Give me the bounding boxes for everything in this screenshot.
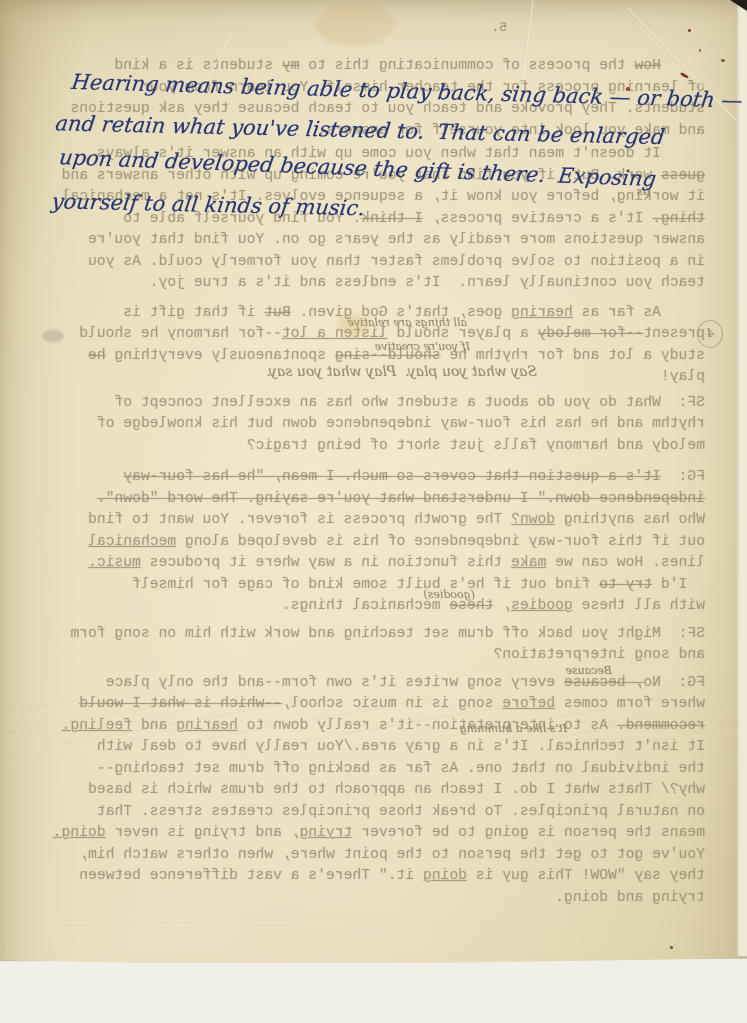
typed-paragraph: SF: Might you back off drum set teaching… (33, 624, 705, 667)
typed-line: means the person is going to be forever … (33, 823, 705, 845)
smudge (42, 330, 64, 342)
pencil-annotation: Because (565, 664, 612, 677)
typed-line: lines. How can we make this function in … (33, 553, 705, 575)
pencil-annotation: all things are relative (347, 316, 467, 329)
typed-line: in a position to solve problems faster t… (33, 252, 705, 274)
typed-line: It isn't technical. It's in a gray area.… (33, 737, 705, 759)
pencil-annotation: (goodies) (423, 588, 475, 601)
typed-line: FG: No, because every song writes it's o… (33, 673, 705, 695)
typed-line: SF: Might you back off drum set teaching… (33, 624, 705, 646)
stain (338, 314, 368, 336)
pencil-annotation: If you're creative (375, 340, 470, 353)
pencil-annotation: Say what you play. Play what you say. (266, 364, 537, 380)
handwritten-note: Hearing means being able to play back, s… (0, 64, 747, 81)
handwritten-line: Hearing means being able to play back, s… (70, 70, 744, 113)
typed-line: melody and harmony falls just short of b… (33, 436, 705, 458)
typed-line: Who has anything down? The growth proces… (33, 510, 705, 532)
typed-line: rhythm and he has his four-way independe… (33, 414, 705, 436)
ink-speck (721, 59, 725, 62)
typed-line: answer questions more readily as the yea… (33, 230, 705, 252)
ink-speck (699, 49, 701, 52)
typed-line: on natural principles. To break those pr… (33, 802, 705, 824)
ink-speck (688, 29, 691, 32)
typed-line: they say "WOW! This guy is doing it." Th… (33, 866, 705, 888)
typed-line: FG: It's a question that covers so much.… (33, 467, 705, 489)
typed-line: the individual on that one. As far as ba… (33, 759, 705, 781)
typed-line: trying and doing. (33, 888, 705, 910)
pencil-annotation: It's like a humming (460, 722, 567, 735)
crease-mark (626, 6, 747, 138)
handwritten-line: upon and developed because the gift is t… (58, 145, 658, 191)
stain (316, 4, 394, 46)
crease-mark (520, 0, 535, 94)
typed-line: study a lot and for rhythm he should--si… (33, 346, 705, 368)
paper-wrinkle (0, 698, 747, 744)
typed-paragraph: FG: It's a question that covers so much.… (33, 467, 705, 618)
typed-line: where form comes before song is in music… (33, 694, 705, 716)
typed-line: present--for melody a player should list… (33, 324, 705, 346)
typed-line: teach you continually learn. It's endles… (33, 273, 705, 295)
ink-speck (680, 72, 689, 79)
paper-sheet: How the process of communicating this to… (0, 0, 747, 1023)
typed-line: independence down." I understand what yo… (33, 489, 705, 511)
typed-paragraph: As far as hearing goes, that's God given… (33, 303, 705, 389)
typed-line: play! (33, 367, 705, 389)
typed-line: You've got to get the person to the poin… (33, 845, 705, 867)
typed-line: why?/ Thats what I do. I teach an approa… (33, 780, 705, 802)
typed-paragraph: SF: What do you do about a student who h… (33, 393, 705, 458)
typed-line: I'd try to find out if he's built some k… (33, 575, 705, 597)
ink-speck (670, 946, 673, 949)
typed-line: out if this four-way independence of his… (33, 532, 705, 554)
typed-line: with all these goodies, these mechanical… (33, 596, 705, 618)
handwritten-line: and retain what you've listened to. That… (54, 111, 666, 149)
crease-mark (60, 918, 360, 928)
typed-paragraph: FG: No, because every song writes it's o… (33, 673, 705, 910)
typed-line: and song interpretation? (33, 645, 705, 667)
typed-line: recommend. As to interpretation--it's re… (33, 716, 705, 738)
scanned-page-background: { "handwritten_note": { "ink_color": "#2… (0, 0, 747, 1023)
scan-edge-sliver (737, 0, 747, 956)
handwritten-line: yourself to all kinds of music. (50, 189, 366, 220)
typed-line: As far as hearing goes, that's God given… (33, 303, 705, 325)
page-number-bleedthrough: 5. (491, 20, 507, 35)
typed-line: SF: What do you do about a student who h… (33, 393, 705, 415)
circled-mark: 4 (697, 320, 723, 348)
